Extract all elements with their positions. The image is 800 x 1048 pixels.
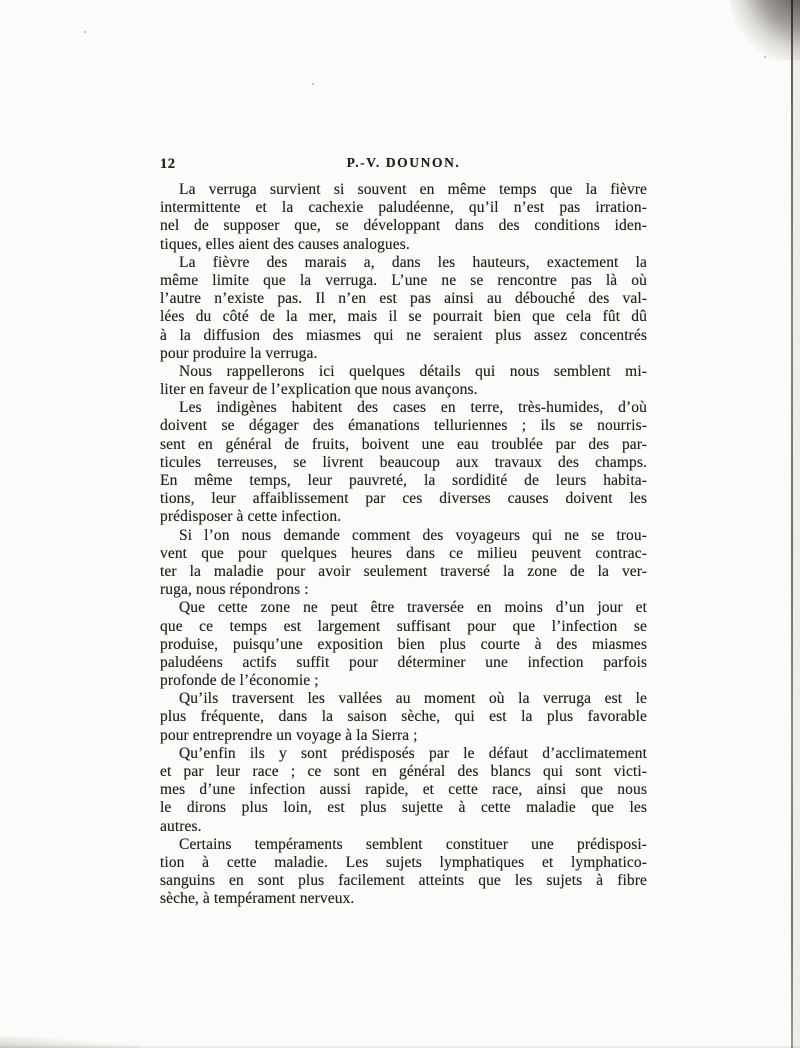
text-line: sent en général de fruits, boivent une e… — [160, 436, 647, 454]
text-line: Qu’enfin ils y sont prédisposés par le d… — [160, 745, 647, 763]
text-line: Les indigènes habitent des cases en terr… — [160, 399, 647, 417]
text-line: et par leur race ; ce sont en général de… — [160, 763, 647, 781]
text-line: sèche, à tempérament nerveux. — [160, 890, 647, 908]
text-line: intermittente et la cachexie paludéenne,… — [160, 199, 647, 217]
text-line: Que cette zone ne peut être traversée en… — [160, 599, 647, 617]
paragraph: Qu’enfin ils y sont prédisposés par le d… — [160, 745, 647, 836]
scanned-book-page: 12 P.-V. DOUNON. La verruga survient si … — [0, 0, 800, 1048]
paragraph: La verruga survient si souvent en même t… — [160, 181, 647, 254]
paragraph: Si l’on nous demande comment des voyageu… — [160, 527, 647, 600]
text-line: que ce temps est largement suffisant pou… — [160, 618, 647, 636]
corner-shadow — [730, 0, 800, 60]
text-line: liter en faveur de l’explication que nou… — [160, 381, 647, 399]
paragraph: Certains tempéraments semblent constitue… — [160, 836, 647, 909]
text-line: tiques, elles aient des causes analogues… — [160, 236, 647, 254]
text-line: l’autre n’existe pas. Il n’en est pas ai… — [160, 290, 647, 308]
text-line: lées du côté de la mer, mais il se pourr… — [160, 308, 647, 326]
text-line: Qu’ils traversent les vallées au moment … — [160, 690, 647, 708]
text-line: La verruga survient si souvent en même t… — [160, 181, 647, 199]
text-line: nel de supposer que, se développant dans… — [160, 217, 647, 235]
text-line: Si l’on nous demande comment des voyageu… — [160, 527, 647, 545]
running-header: P.-V. DOUNON. — [160, 155, 647, 171]
right-margin-strip — [793, 0, 800, 1048]
text-line: tion à cette maladie. Les sujets lymphat… — [160, 854, 647, 872]
text-line: Certains tempéraments semblent constitue… — [160, 836, 647, 854]
paragraph: Nous rappellerons ici quelques détails q… — [160, 363, 647, 399]
scan-speck — [207, 243, 209, 245]
text-line: même limite que la verruga. L’une ne se … — [160, 272, 647, 290]
page-edge-line — [791, 0, 793, 1048]
text-line: ruga, nous répondrons : — [160, 581, 647, 599]
text-line: pour entreprendre un voyage à la Sierra … — [160, 727, 647, 745]
text-line: mes d’une infection aussi rapide, et cet… — [160, 781, 647, 799]
text-block: La verruga survient si souvent en même t… — [160, 181, 647, 909]
text-line: vent que pour quelques heures dans ce mi… — [160, 545, 647, 563]
text-line: pour produire la verruga. — [160, 345, 647, 363]
scan-speck — [84, 31, 86, 33]
scan-speck — [312, 83, 314, 85]
text-line: à la diffusion des miasmes qui ne seraie… — [160, 327, 647, 345]
text-line: ticules terreuses, se livrent beaucoup a… — [160, 454, 647, 472]
text-line: Nous rappellerons ici quelques détails q… — [160, 363, 647, 381]
text-line: plus fréquente, dans la saison sèche, qu… — [160, 708, 647, 726]
text-line: tions, leur affaiblissement par ces dive… — [160, 490, 647, 508]
text-line: paludéens actifs suffit pour déterminer … — [160, 654, 647, 672]
text-line: autres. — [160, 818, 647, 836]
text-line: En même temps, leur pauvreté, la sordidi… — [160, 472, 647, 490]
page-header: 12 P.-V. DOUNON. — [160, 155, 647, 175]
text-line: prédisposer à cette infection. — [160, 508, 647, 526]
paragraph: La fièvre des marais a, dans les hauteur… — [160, 254, 647, 363]
scan-speck — [764, 56, 766, 58]
text-line: ter la maladie pour avoir seulement trav… — [160, 563, 647, 581]
scan-speck — [375, 193, 377, 195]
paragraph: Que cette zone ne peut être traversée en… — [160, 599, 647, 690]
text-line: La fièvre des marais a, dans les hauteur… — [160, 254, 647, 272]
text-line: profonde de l’économie ; — [160, 672, 647, 690]
paragraph: Les indigènes habitent des cases en terr… — [160, 399, 647, 526]
text-line: le dirons plus loin, est plus sujette à … — [160, 799, 647, 817]
text-line: doivent se dégager des émanations tellur… — [160, 417, 647, 435]
text-line: produise, puisqu’une exposition bien plu… — [160, 636, 647, 654]
paragraph: Qu’ils traversent les vallées au moment … — [160, 690, 647, 745]
text-line: sanguins en sont plus facilement atteint… — [160, 872, 647, 890]
